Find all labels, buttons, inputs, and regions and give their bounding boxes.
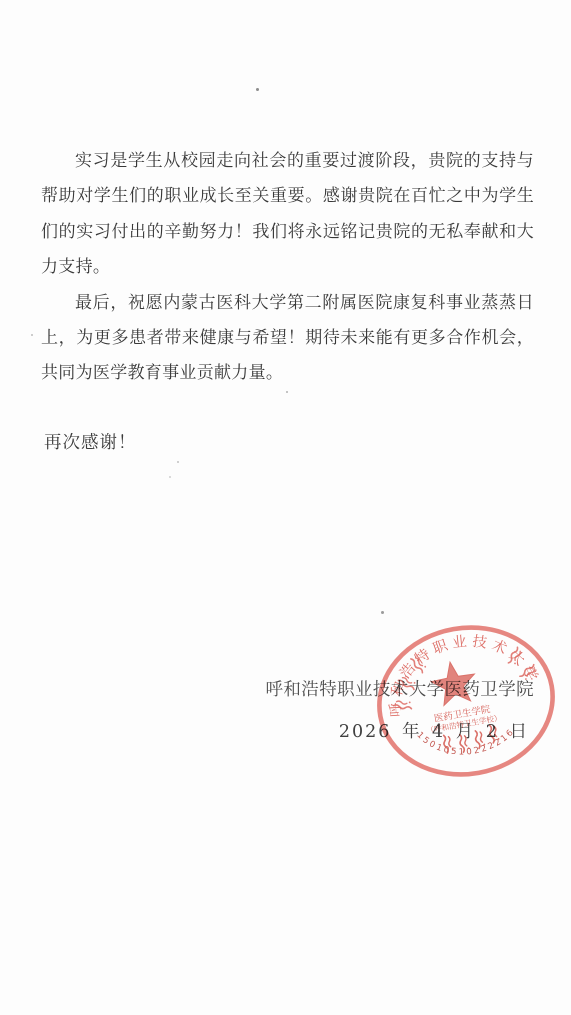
paragraph1-line2: 帮助对学生们的职业成长至关重要。感谢贵院在百忙之中为学生	[41, 179, 534, 214]
closing-thanks: 再次感谢！	[44, 429, 137, 454]
stamp-outer-ring	[374, 614, 564, 788]
paragraph1-line1: 实习是学生从校园走向社会的重要过渡阶段，贵院的支持与	[41, 144, 534, 179]
stamp-ring-text: 呼和浩特职业技术大学	[376, 620, 545, 719]
signature-date: 2026 年 4 月 2 日	[339, 718, 529, 743]
scan-artifact	[177, 461, 179, 463]
scan-artifact	[31, 334, 33, 336]
scan-artifact	[286, 391, 288, 393]
paragraph1-line3: 们的实习付出的辛勤努力！我们将永远铭记贵院的无私奉献和大	[41, 215, 534, 250]
scan-artifact	[169, 476, 171, 478]
paragraph1-line4: 力支持。	[41, 250, 534, 285]
scan-artifact	[381, 611, 384, 614]
letter-body: 实习是学生从校园走向社会的重要过渡阶段，贵院的支持与 帮助对学生们的职业成长至关…	[41, 144, 534, 392]
scan-artifact	[256, 88, 259, 91]
paragraph2-line3: 共同为医学教育事业贡献力量。	[41, 356, 534, 391]
svg-text:呼和浩特职业技术大学: 呼和浩特职业技术大学	[376, 620, 545, 719]
paragraph2-line1: 最后，祝愿内蒙古医科大学第二附属医院康复科事业蒸蒸日	[41, 286, 534, 321]
paragraph2-line2: 上，为更多患者带来健康与希望！期待未来能有更多合作机会，	[41, 321, 534, 356]
signature-organization: 呼和浩特职业技术大学医药卫学院	[266, 676, 535, 701]
scanned-letter-page: 实习是学生从校园走向社会的重要过渡阶段，贵院的支持与 帮助对学生们的职业成长至关…	[0, 0, 571, 1015]
